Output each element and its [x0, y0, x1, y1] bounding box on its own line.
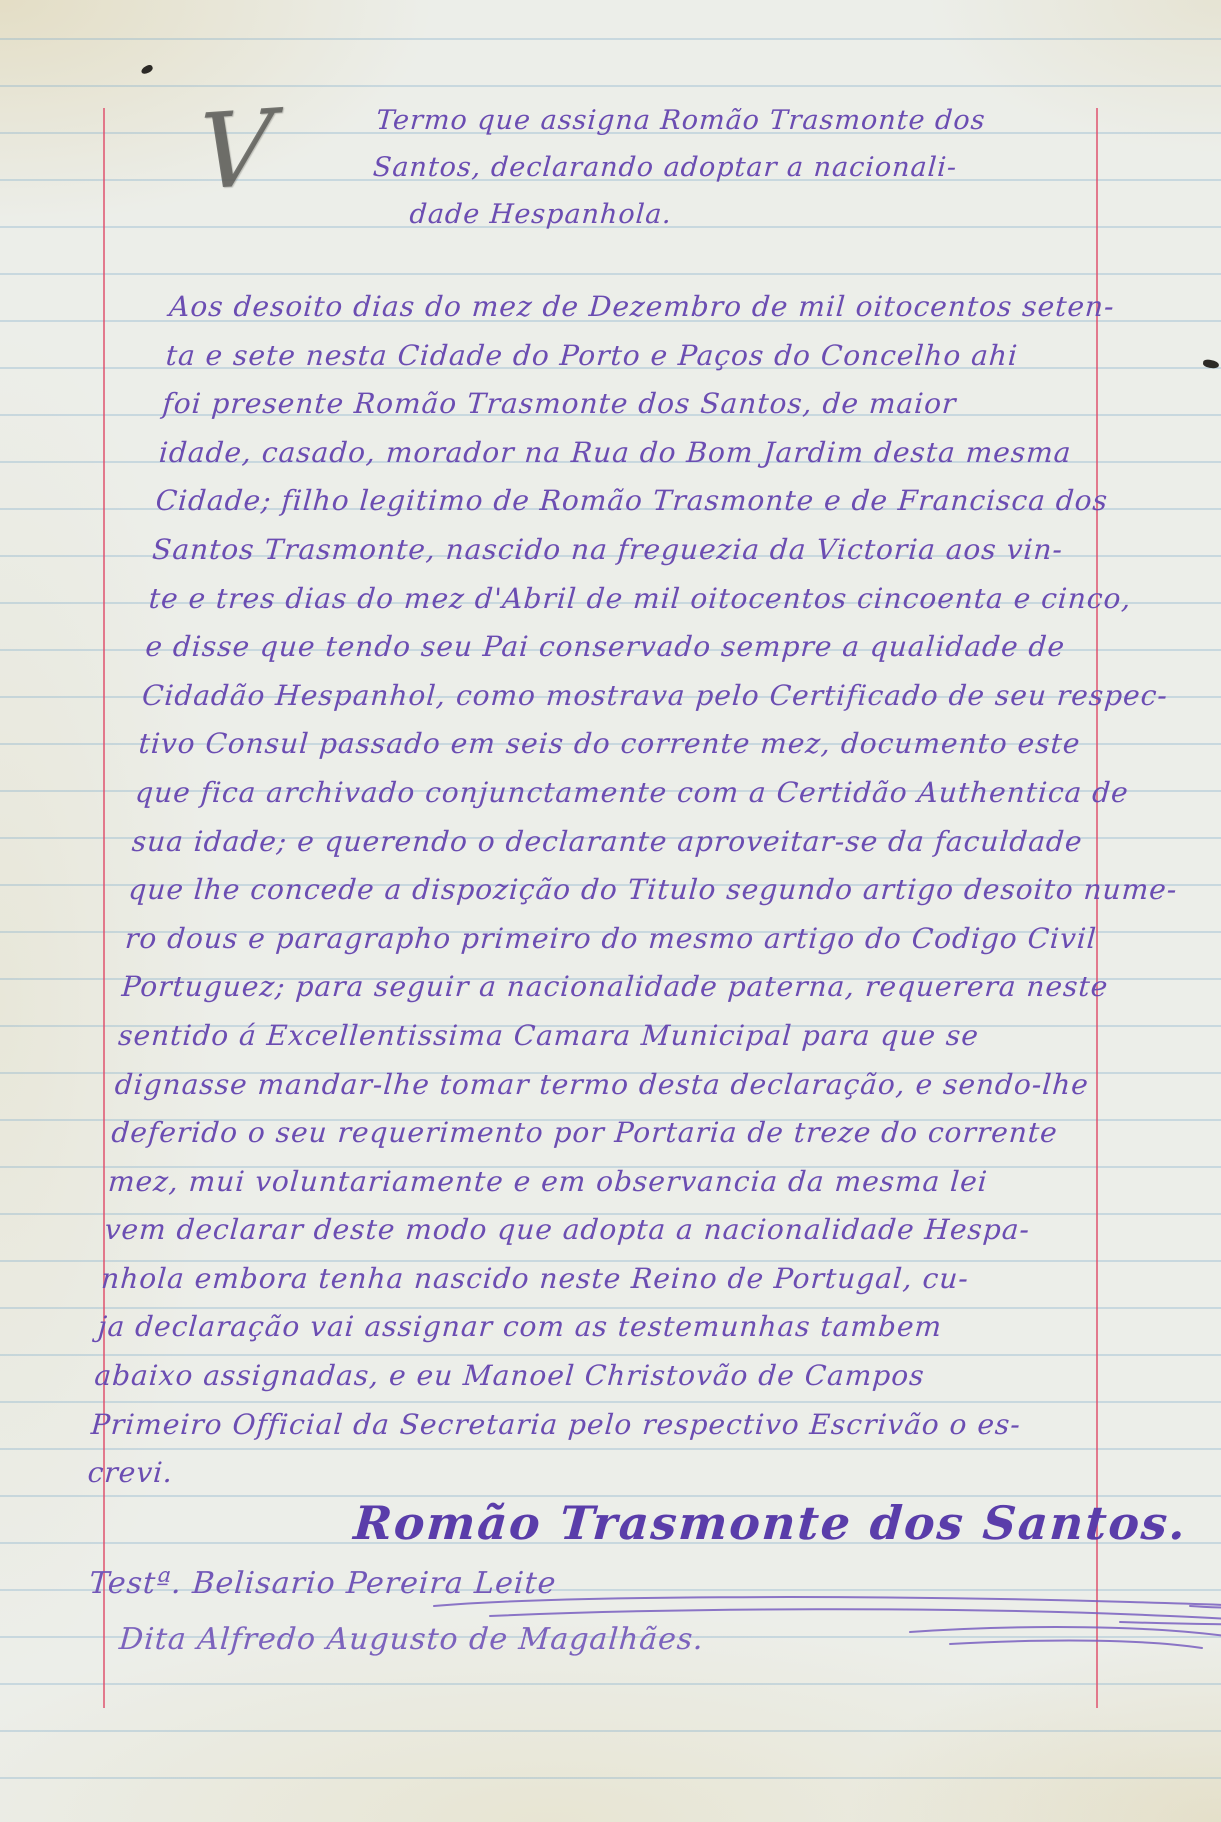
body-line: vem declarar deste modo que adopta a nac… [103, 1206, 1155, 1255]
body-line: nhola embora tenha nascido neste Reino d… [100, 1255, 1152, 1304]
ink-speck-top-left [140, 64, 154, 75]
body-line: abaixo assignadas, e eu Manoel Christovã… [93, 1352, 1145, 1401]
body-line: sua idade; e querendo o declarante aprov… [130, 818, 1182, 867]
record-heading: Termo que assigna Romão Trasmonte dos Sa… [368, 97, 987, 238]
witness-signature-2: Dita Alfredo Augusto de Magalhães. [118, 1622, 705, 1657]
declarant-signature: Romão Trasmonte dos Santos. [352, 1496, 1189, 1550]
manuscript-page: V Termo que assigna Romão Trasmonte dos … [0, 0, 1221, 1822]
body-line: tivo Consul passado em seis do corrente … [137, 720, 1189, 769]
heading-line: Termo que assigna Romão Trasmonte dos [375, 97, 988, 144]
body-line: e disse que tendo seu Pai conservado sem… [144, 623, 1196, 672]
body-line: foi presente Romão Trasmonte dos Santos,… [161, 380, 1213, 429]
heading-line: Santos, declarando adoptar a nacionali- [371, 144, 984, 191]
body-line: que fica archivado conjunctamente com a … [134, 769, 1186, 818]
body-line: sentido á Excellentissima Camara Municip… [117, 1012, 1169, 1061]
body-line: ro dous e paragrapho primeiro do mesmo a… [123, 915, 1175, 964]
record-body: Aos desoito dias do mez de Dezembro de m… [86, 283, 1220, 1498]
body-line: Cidade; filho legitimo de Romão Trasmont… [154, 477, 1206, 526]
heading-line: dade Hespanhola. [408, 191, 981, 238]
body-line: Primeiro Official da Secretaria pelo res… [89, 1401, 1141, 1450]
body-line: te e tres dias do mez d'Abril de mil oit… [147, 575, 1199, 624]
body-line: Aos desoito dias do mez de Dezembro de m… [168, 283, 1220, 332]
body-line: deferido o seu requerimento por Portaria… [110, 1109, 1162, 1158]
body-line: que lhe concede a dispozição do Titulo s… [127, 866, 1179, 915]
body-line: ta e sete nesta Cidade do Porto e Paços … [164, 332, 1216, 381]
body-line: Cidadão Hespanhol, como mostrava pelo Ce… [140, 672, 1192, 721]
pencil-annotation: V [196, 86, 275, 214]
body-line: mez, mui voluntariamente e em observanci… [106, 1158, 1158, 1207]
body-line: crevi. [86, 1449, 1138, 1498]
body-line: ja declaração vai assignar com as testem… [96, 1303, 1148, 1352]
body-line: idade, casado, morador na Rua do Bom Jar… [157, 429, 1209, 478]
body-line: Santos Trasmonte, nascido na freguezia d… [151, 526, 1203, 575]
body-line: dignasse mandar-lhe tomar termo desta de… [113, 1061, 1165, 1110]
body-line: Portuguez; para seguir a nacionalidade p… [120, 963, 1172, 1012]
